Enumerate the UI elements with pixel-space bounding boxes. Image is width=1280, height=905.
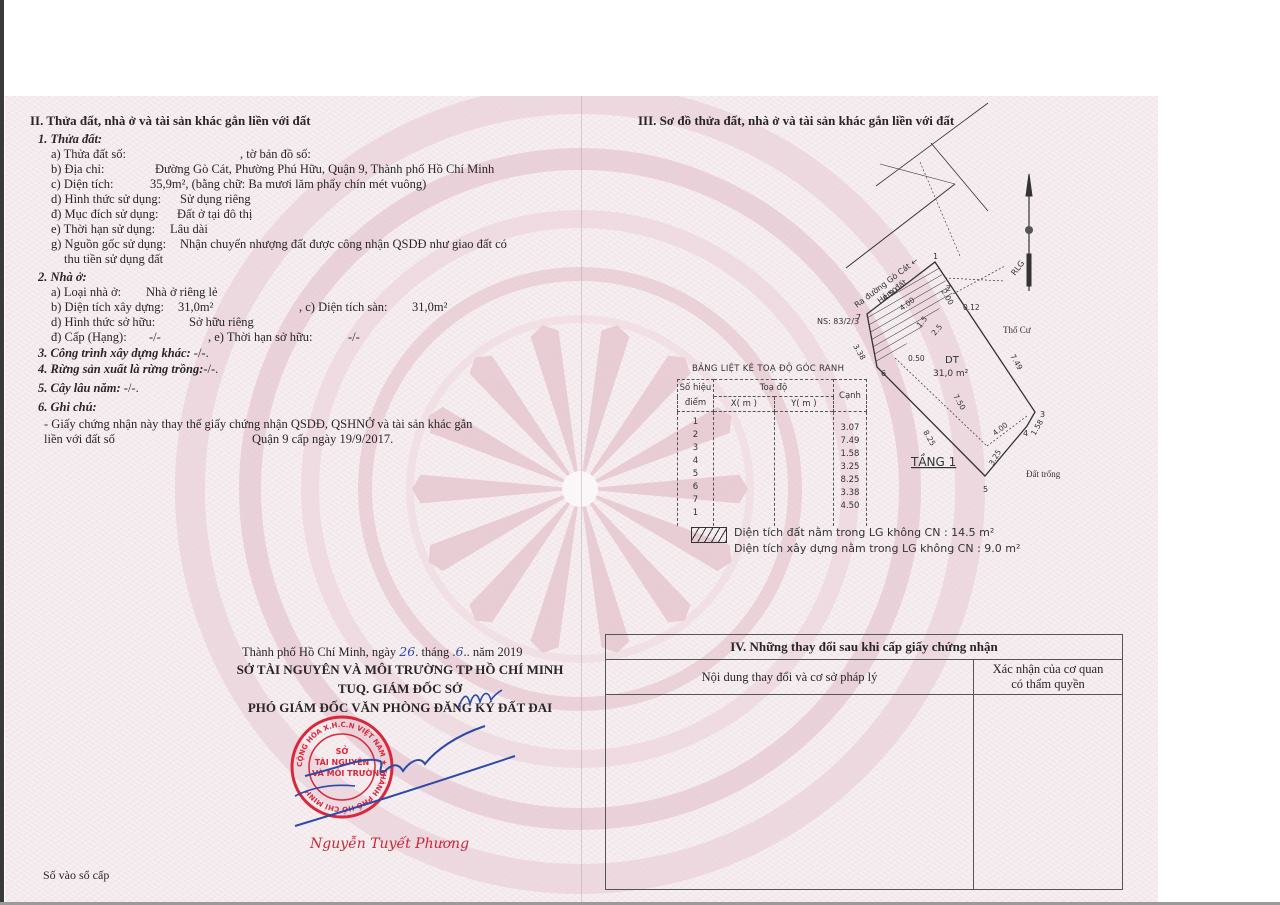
scan-edge-left <box>0 0 4 905</box>
col-y-header: Y( m ) <box>774 397 833 412</box>
svg-text:Đất trống: Đất trống <box>1026 469 1061 479</box>
col-coord-header: Toạ độ <box>714 380 834 397</box>
svg-text:TẦNG 1: TẦNG 1 <box>910 453 956 469</box>
point-id: 3 <box>678 442 713 455</box>
col-authority-confirmation: Xác nhận của cơ quancó thẩm quyền <box>974 660 1123 695</box>
svg-text:0.12: 0.12 <box>963 303 980 312</box>
svg-text:3: 3 <box>1040 410 1045 419</box>
point-id: 2 <box>678 429 713 442</box>
hatch-legend-swatch <box>691 527 727 543</box>
svg-text:7.50: 7.50 <box>951 393 967 412</box>
svg-text:Thổ Cư: Thổ Cư <box>1003 325 1032 335</box>
col-change-content: Nội dung thay đổi và cơ sở pháp lý <box>606 660 974 695</box>
legend-building-area: Diện tích xây dựng nằm trong LG không CN… <box>734 542 1020 555</box>
svg-text:7: 7 <box>856 313 861 322</box>
col-edge-header: Cạnh <box>834 380 867 412</box>
certificate-sheet: II. Thửa đất, nhà ở và tài sản khác gắn … <box>5 96 1158 902</box>
authority-confirmation-cell <box>974 695 1123 890</box>
point-column: 12345671 <box>678 412 714 527</box>
svg-text:3.38: 3.38 <box>851 343 867 362</box>
point-id: 7 <box>678 494 713 507</box>
svg-text:DT: DT <box>945 355 960 366</box>
boundary-table-title: BẢNG LIỆT KÊ TOẠ ĐỘ GÓC RANH <box>692 364 844 374</box>
svg-text:31,0 m²: 31,0 m² <box>933 369 969 379</box>
point-id: 4 <box>678 455 713 468</box>
edge-length: 1.58 <box>834 448 866 461</box>
changes-table: IV. Những thay đổi sau khi cấp giấy chứn… <box>605 634 1123 890</box>
svg-text:0.50: 0.50 <box>908 354 925 363</box>
point-id: 5 <box>678 468 713 481</box>
change-content-cell <box>606 695 974 890</box>
legend-land-area: Diện tích đất nằm trong LG không CN : 14… <box>734 526 994 539</box>
svg-text:1.58: 1.58 <box>1029 418 1045 437</box>
svg-text:8.25: 8.25 <box>921 429 937 448</box>
point-id: 1 <box>678 416 713 429</box>
section-iv-title: IV. Những thay đổi sau khi cấp giấy chứn… <box>606 635 1123 660</box>
edge-length: 4.50 <box>834 500 866 513</box>
svg-text:NS: 83/2/3: NS: 83/2/3 <box>817 317 859 326</box>
svg-text:4: 4 <box>1023 429 1028 438</box>
svg-text:7.49: 7.49 <box>1008 353 1024 372</box>
edge-length: 3.07 <box>834 422 866 435</box>
edge-length: 8.25 <box>834 474 866 487</box>
edge-length: 7.49 <box>834 435 866 448</box>
edge-length: 3.25 <box>834 461 866 474</box>
edge-length <box>834 513 866 526</box>
svg-text:6: 6 <box>881 369 886 378</box>
y-column <box>774 412 833 527</box>
svg-text:4.00: 4.00 <box>991 420 1010 437</box>
svg-text:RLG: RLG <box>1009 259 1026 277</box>
svg-text:5: 5 <box>983 485 988 494</box>
boundary-coordinate-table: Số hiệuđiểm Toạ độ Cạnh X( m ) Y( m ) 12… <box>677 379 867 526</box>
svg-text:1: 1 <box>933 252 938 261</box>
point-id: 6 <box>678 481 713 494</box>
edge-length: 3.38 <box>834 487 866 500</box>
x-column <box>714 412 775 527</box>
col-point-header: Số hiệuđiểm <box>678 380 714 412</box>
svg-text:2.5: 2.5 <box>930 322 945 337</box>
edge-column: 3.077.491.583.258.253.384.50 <box>834 412 867 527</box>
point-id: 1 <box>678 507 713 520</box>
col-x-header: X( m ) <box>714 397 775 412</box>
